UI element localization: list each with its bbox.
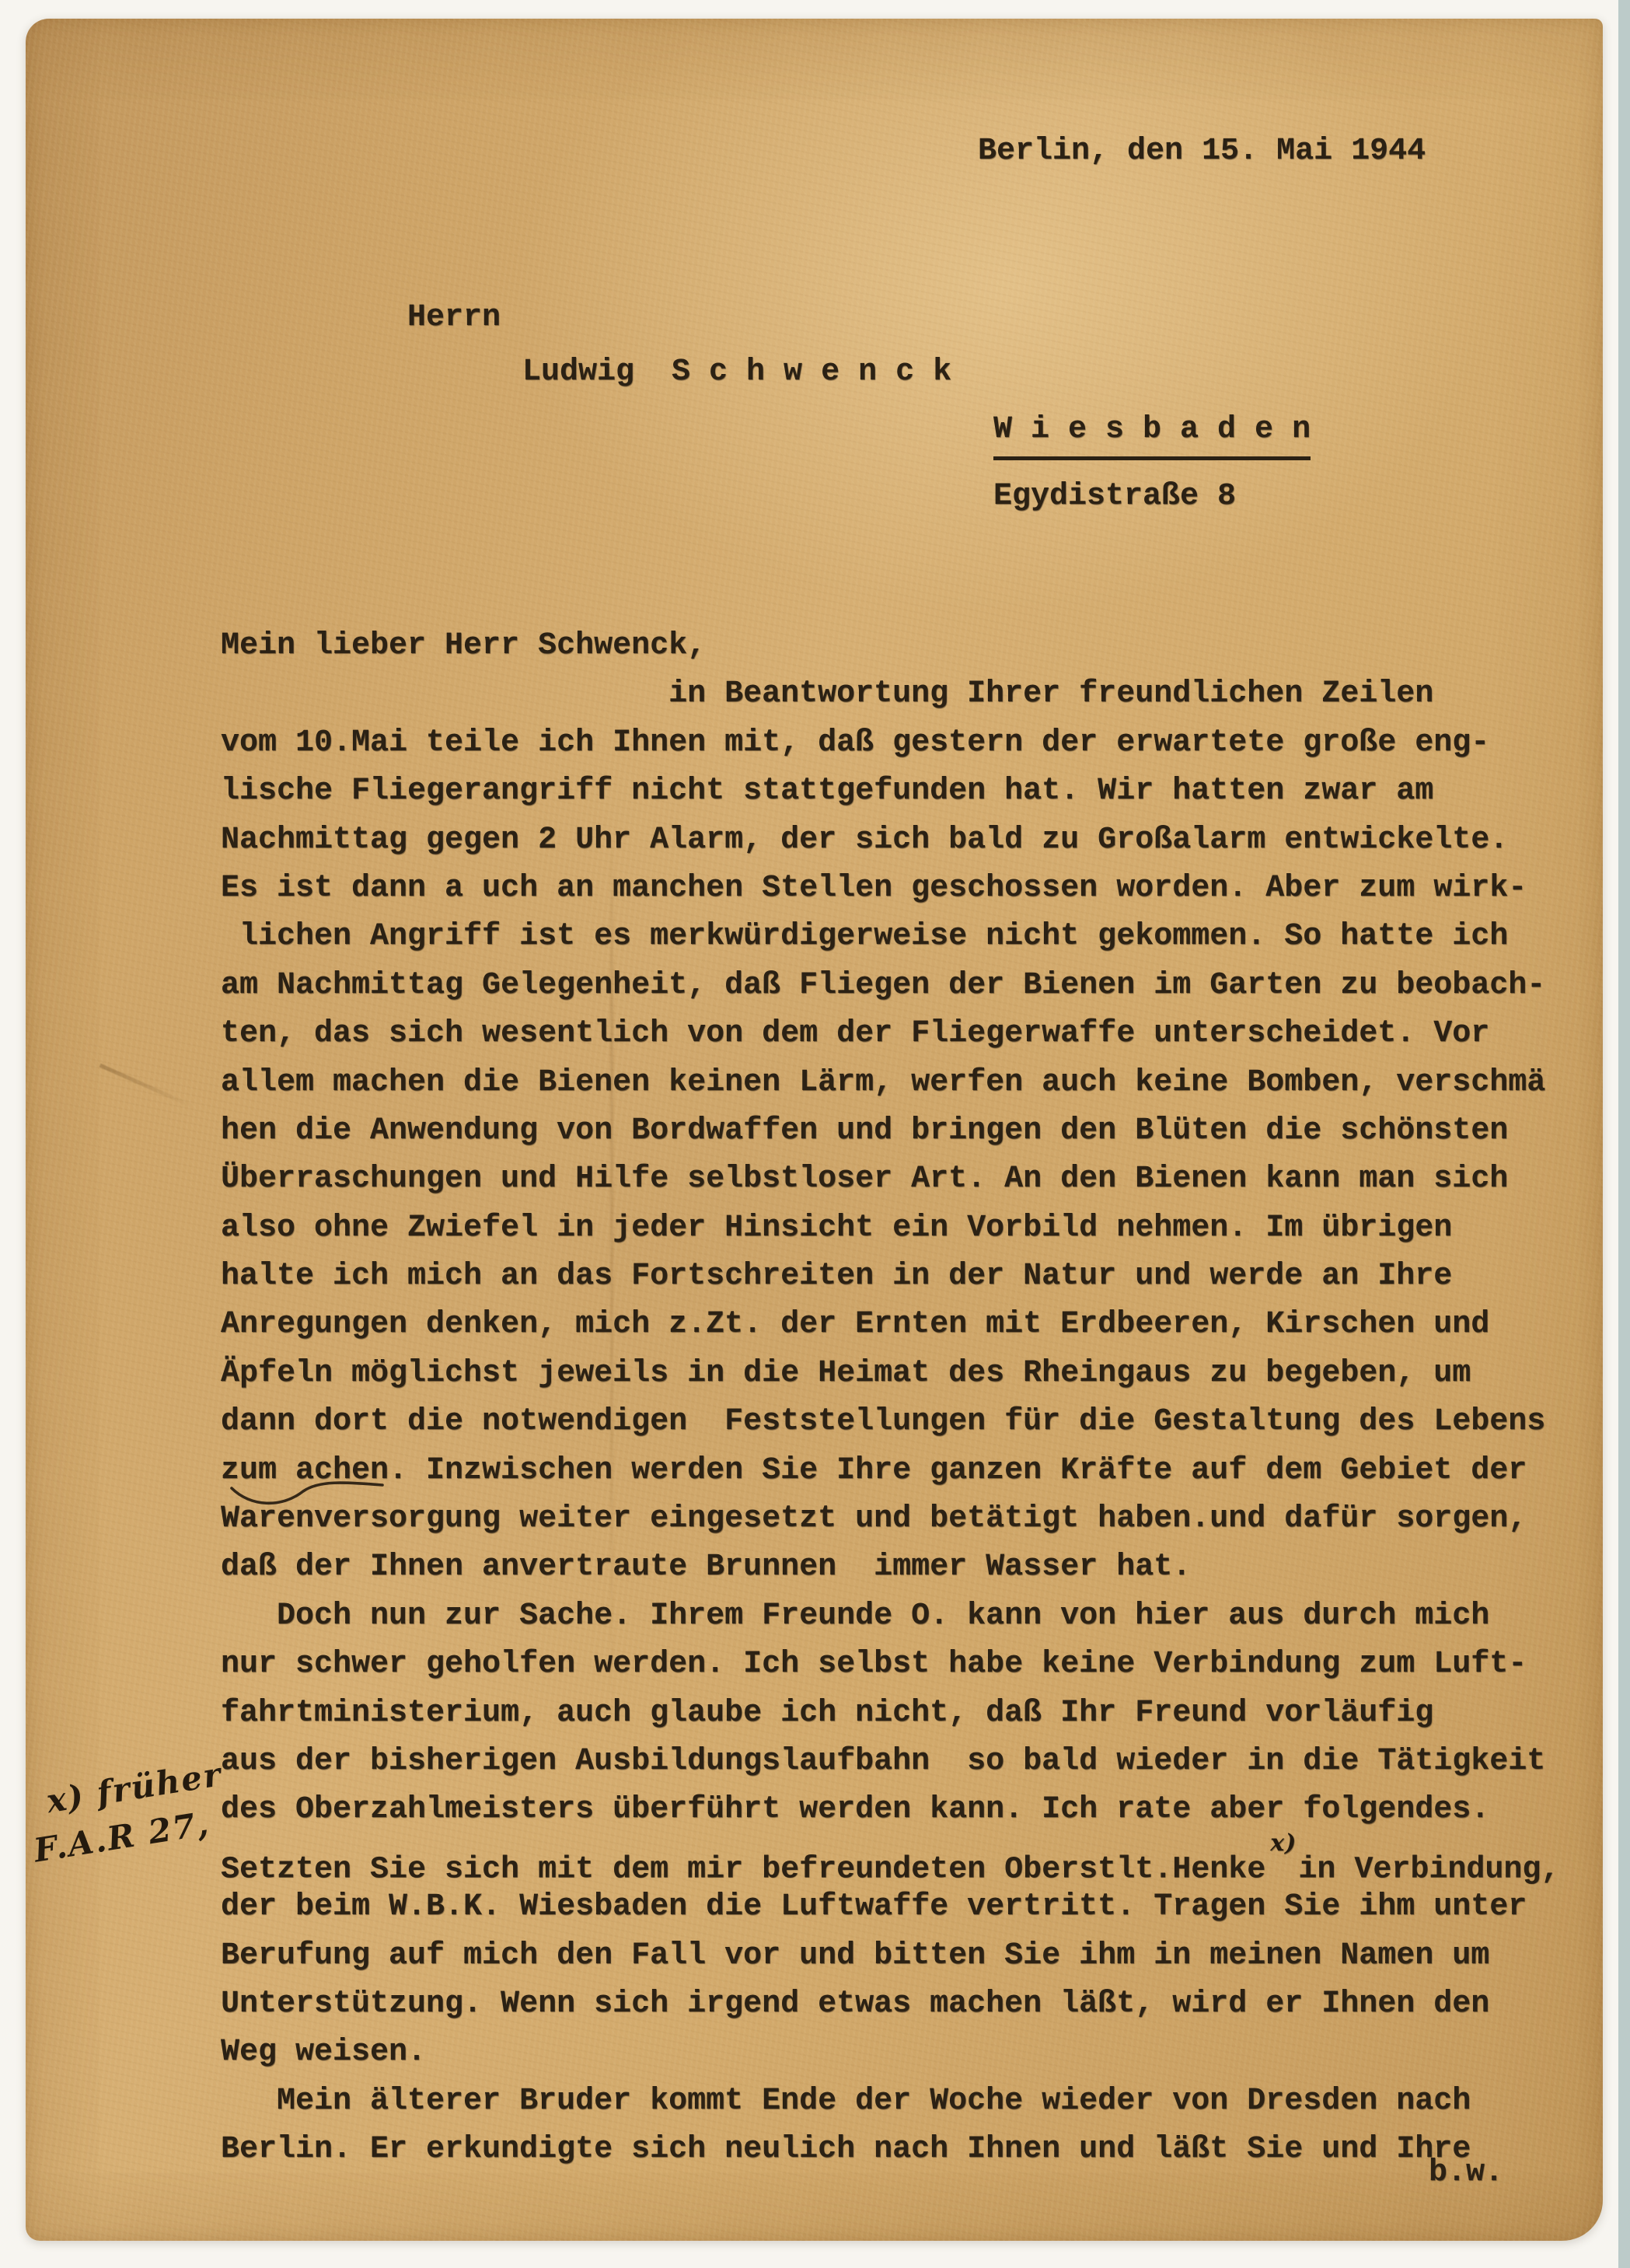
paper-crease [99,1064,194,1108]
letter-line: Mein älterer Bruder kommt Ende der Woche… [221,2078,1559,2126]
letter-line: daß der Ihnen anvertraute Brunnen immer … [221,1543,1559,1592]
letter-line: Anregungen denken, mich z.Zt. der Ernten… [221,1301,1559,1349]
recipient-salutation: Herrn [407,300,501,335]
letter-line: hen die Anwendung von Bordwaffen und bri… [221,1107,1559,1155]
letter-line: Äpfeln möglichst jeweils in die Heimat d… [221,1350,1559,1398]
letter-line: des Oberzahlmeisters überführt werden ka… [221,1786,1559,1834]
handwritten-footnote-marker: x) [1270,1829,1297,1857]
letter-line: am Nachmittag Gelegenheit, daß Fliegen d… [221,962,1559,1010]
letter-line: der beim W.B.K. Wiesbaden die Luftwaffe … [221,1883,1559,1931]
recipient-city: W i e s b a d e n [993,412,1311,460]
turn-page-note: b.w. [1429,2155,1503,2190]
letter-line: Überraschungen und Hilfe selbstloser Art… [221,1155,1559,1204]
letter-line: lichen Angriff ist es merkwürdigerweise … [221,913,1559,961]
letter-line: Setzten Sie sich mit dem mir befreundete… [221,1835,1559,1883]
letter-line: in Beantwortung Ihrer freundlichen Zeile… [221,670,1559,718]
letter-line: fahrtministerium, auch glaube ich nicht,… [221,1690,1559,1738]
letter-line: Nachmittag gegen 2 Uhr Alarm, der sich b… [221,816,1559,865]
recipient-name: Ludwig S c h w e n c k [522,355,951,390]
letter-line: lische Fliegerangriff nicht stattgefunde… [221,767,1559,816]
letter-line: Mein lieber Herr Schwenck, [221,622,1559,670]
letter-line: allem machen die Bienen keinen Lärm, wer… [221,1059,1559,1107]
letter-line: Warenversorgung weiter eingesetzt und be… [221,1495,1559,1543]
letter-line: dann dort die notwendigen Feststellungen… [221,1398,1559,1446]
letter-line: vom 10.Mai teile ich Ihnen mit, daß gest… [221,719,1559,767]
letter-line: nur schwer geholfen werden. Ich selbst h… [221,1641,1559,1689]
letter-scan: Berlin, den 15. Mai 1944 Herrn Ludwig S … [0,0,1630,2268]
letter-line: Unterstützung. Wenn sich irgend etwas ma… [221,1980,1559,2029]
letter-line: Doch nun zur Sache. Ihrem Freunde O. kan… [221,1592,1559,1641]
letter-line: zum achen. Inzwischen werden Sie Ihre ga… [221,1447,1559,1495]
scan-edge-strip [1618,0,1630,2268]
letter-line: halte ich mich an das Fortschreiten in d… [221,1253,1559,1301]
letter-line: Berlin. Er erkundigte sich neulich nach … [221,2126,1559,2174]
letter-line: Weg weisen. [221,2029,1559,2077]
letter-body: Mein lieber Herr Schwenck, in Beantwortu… [221,622,1559,2175]
letter-line: also ohne Zwiefel in jeder Hinsicht ein … [221,1204,1559,1253]
letter-line: ten, das sich wesentlich von dem der Fli… [221,1010,1559,1058]
date-line: Berlin, den 15. Mai 1944 [978,134,1426,169]
letter-line: Berufung auf mich den Fall vor und bitte… [221,1932,1559,1980]
letter-line: Es ist dann a uch an manchen Stellen ges… [221,865,1559,913]
recipient-street: Egydistraße 8 [993,479,1236,514]
letter-line: aus der bisherigen Ausbildungslaufbahn s… [221,1738,1559,1786]
